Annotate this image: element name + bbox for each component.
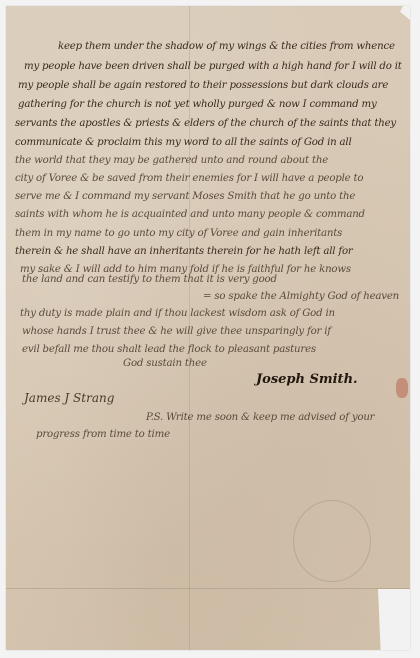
- torn-corner: [400, 6, 410, 20]
- postscript-line: P.S. Write me soon & keep me advised of …: [146, 412, 374, 423]
- body-line: them in my name to go unto my city of Vo…: [15, 228, 342, 239]
- closing-line: thy duty is made plain and if thou lacke…: [20, 308, 335, 319]
- addressee: James J Strang: [24, 391, 114, 405]
- body-line: the world that they may be gathered unto…: [15, 155, 328, 166]
- postscript-line: progress from time to time: [36, 429, 170, 440]
- closing-line: evil befall me thou shalt lead the flock…: [22, 344, 316, 355]
- embossed-seal: [293, 500, 371, 582]
- body-line: communicate & proclaim this my word to a…: [15, 137, 352, 148]
- closing-line: whose hands I trust thee & he will give …: [22, 326, 331, 337]
- body-line: my people shall be again restored to the…: [18, 80, 388, 91]
- body-line: saints with whom he is acquainted and un…: [15, 209, 365, 220]
- closing-line: God sustain thee: [123, 358, 207, 369]
- closing-line: = so spake the Almighty God of heaven: [203, 291, 399, 302]
- body-line: therein & he shall have an inheritants t…: [15, 246, 353, 257]
- body-line: my people have been driven shall be purg…: [24, 61, 402, 72]
- body-line: gathering for the church is not yet whol…: [18, 99, 377, 110]
- body-line: servants the apostles & priests & elders…: [15, 118, 396, 129]
- fold-line-horizontal: [6, 588, 410, 589]
- body-line: serve me & I command my servant Moses Sm…: [15, 191, 355, 202]
- letter-page: keep them under the shadow of my wings &…: [6, 6, 410, 650]
- body-line: the land and can testify to them that it…: [22, 274, 277, 285]
- wax-seal-remnant: [396, 378, 408, 398]
- body-line: city of Voree & be saved from their enem…: [15, 173, 363, 184]
- signature: Joseph Smith.: [256, 372, 358, 387]
- body-line: keep them under the shadow of my wings &…: [58, 41, 395, 52]
- torn-section: [378, 589, 410, 650]
